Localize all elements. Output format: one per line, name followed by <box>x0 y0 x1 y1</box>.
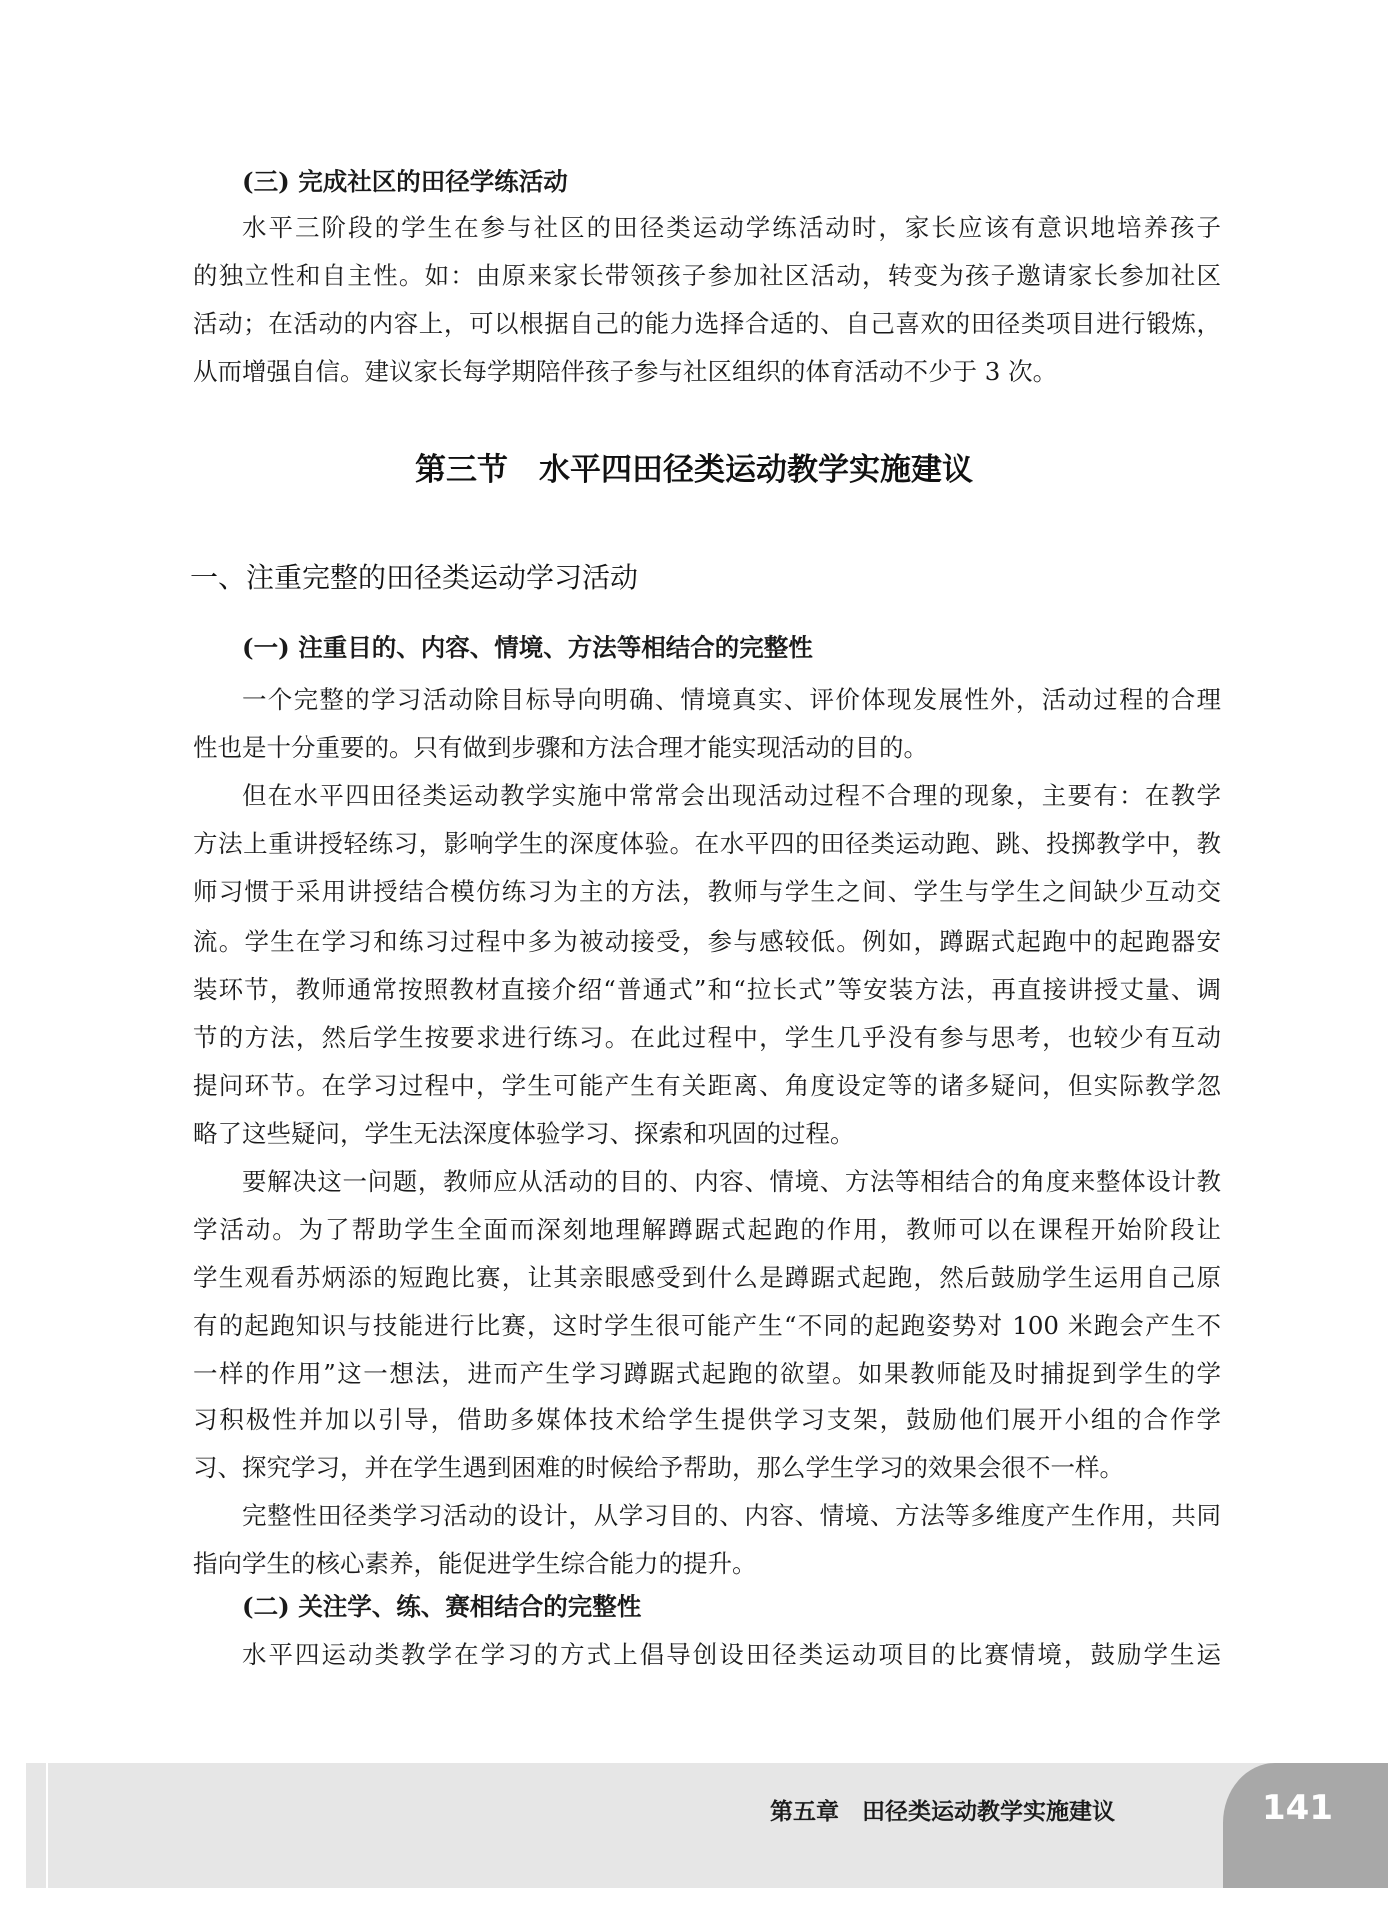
paragraph-line: 节的方法，然后学生按要求进行练习。在此过程中，学生几乎没有参与思考，也较少有互动 <box>193 1014 1221 1062</box>
paragraph-line: 性也是十分重要的。只有做到步骤和方法合理才能实现活动的目的。 <box>193 724 1221 772</box>
footer-chapter-title: 第五章 田径类运动教学实施建议 <box>770 1794 1165 1830</box>
paragraph-line: 要解决这一问题，教师应从活动的目的、内容、情境、方法等相结合的角度来整体设计教 <box>242 1158 1221 1206</box>
paragraph-line: 学活动。为了帮助学生全面而深刻地理解蹲踞式起跑的作用，教师可以在课程开始阶段让 <box>193 1206 1221 1254</box>
paragraph-line: 完整性田径类学习活动的设计，从学习目的、内容、情境、方法等多维度产生作用，共同 <box>242 1492 1221 1540</box>
subsection-2-heading: (二) 关注学、练、赛相结合的完整性 <box>242 1583 641 1631</box>
paragraph-line: 但在水平四田径类运动教学实施中常常会出现活动过程不合理的现象，主要有：在教学 <box>242 772 1221 820</box>
paragraph-line: 一个完整的学习活动除目标导向明确、情境真实、评价体现发展性外，活动过程的合理 <box>242 676 1221 724</box>
heading-1: 一、注重完整的田径类运动学习活动 <box>190 553 638 603</box>
paragraph-line: 从而增强自信。建议家长每学期陪伴孩子参与社区组织的体育活动不少于 3 次。 <box>193 348 1221 396</box>
book-page: (三) 完成社区的田径学练活动 水平三阶段的学生在参与社区的田径类运动学练活动时… <box>0 0 1388 1917</box>
paragraph-line: 水平三阶段的学生在参与社区的田径类运动学练活动时，家长应该有意识地培养孩子 <box>242 204 1221 252</box>
paragraph-line: 水平四运动类教学在学习的方式上倡导创设田径类运动项目的比赛情境，鼓励学生运 <box>242 1631 1221 1679</box>
paragraph-line: 流。学生在学习和练习过程中多为被动接受，参与感较低。例如，蹲踞式起跑中的起跑器安 <box>193 918 1221 966</box>
paragraph-line: 方法上重讲授轻练习，影响学生的深度体验。在水平四的田径类运动跑、跳、投掷教学中，… <box>193 820 1221 868</box>
paragraph-line: 习积极性并加以引导，借助多媒体技术给学生提供学习支架，鼓励他们展开小组的合作学 <box>193 1396 1221 1444</box>
section-title: 第三节 水平四田径类运动教学实施建议 <box>0 446 1388 494</box>
paragraph-line: 学生观看苏炳添的短跑比赛，让其亲眼感受到什么是蹲踞式起跑，然后鼓励学生运用自己原 <box>193 1254 1221 1302</box>
paragraph-line: 提问环节。在学习过程中，学生可能产生有关距离、角度设定等的诸多疑问，但实际教学忽 <box>193 1062 1221 1110</box>
subsection-3-heading: (三) 完成社区的田径学练活动 <box>242 158 568 206</box>
paragraph-line: 的独立性和自主性。如：由原来家长带领孩子参加社区活动，转变为孩子邀请家长参加社区 <box>193 252 1221 300</box>
paragraph-line: 活动；在活动的内容上，可以根据自己的能力选择合适的、自己喜欢的田径类项目进行锻炼… <box>193 300 1221 348</box>
footer-band <box>26 1763 1388 1888</box>
footer-stripe <box>46 1763 48 1888</box>
subsection-1-heading: (一) 注重目的、内容、情境、方法等相结合的完整性 <box>242 624 813 672</box>
page-number: 141 <box>1262 1788 1342 1828</box>
paragraph-line: 师习惯于采用讲授结合模仿练习为主的方法，教师与学生之间、学生与学生之间缺少互动交 <box>193 868 1221 916</box>
paragraph-line: 习、探究学习，并在学生遇到困难的时候给予帮助，那么学生学习的效果会很不一样。 <box>193 1444 1221 1492</box>
paragraph-line: 装环节，教师通常按照教材直接介绍“普通式”和“拉长式”等安装方法，再直接讲授丈量… <box>193 966 1221 1014</box>
paragraph-line: 略了这些疑问，学生无法深度体验学习、探索和巩固的过程。 <box>193 1110 1221 1158</box>
paragraph-line: 指向学生的核心素养，能促进学生综合能力的提升。 <box>193 1540 1221 1588</box>
paragraph-line: 一样的作用”这一想法，进而产生学习蹲踞式起跑的欲望。如果教师能及时捕捉到学生的学 <box>193 1350 1221 1398</box>
paragraph-line: 有的起跑知识与技能进行比赛，这时学生很可能产生“不同的起跑姿势对 100 米跑会… <box>193 1302 1221 1350</box>
